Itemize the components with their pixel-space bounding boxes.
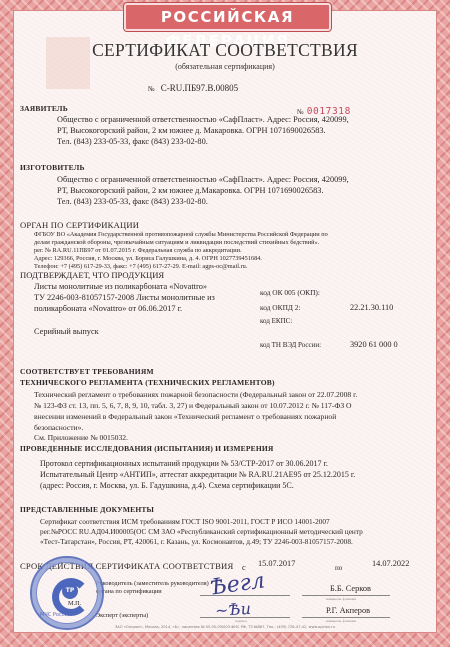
validity-to-label: по [335,563,342,574]
product-line: поликарбоната «Novattro» от 06.06.2017 г… [34,303,182,314]
tests-line: Протокол сертификационных испытаний прод… [40,458,328,469]
product-line: ТУ 2246-003-81057157-2008 Листы монолитн… [34,292,215,303]
head-name: Б.Б. Серков [330,583,371,594]
head-name-line [302,595,390,596]
applicant-line: Общество с ограниченной ответственностью… [57,114,349,125]
compliance-heading: СООТВЕТСТВУЕТ ТРЕБОВАНИЯМ [20,367,154,376]
manufacturer-heading: ИЗГОТОВИТЕЛЬ [20,163,85,172]
official-stamp: ТР МЧС России [30,556,104,630]
stamp-ring-text: МЧС России [40,612,71,618]
certification-body-line: делам гражданской обороны, чрезвычайным … [34,239,319,247]
product-heading: ПОДТВЕРЖДАЕТ, ЧТО ПРОДУКЦИЯ [20,270,164,280]
tests-line: (адрес: Россия, г. Москва, ул. Б. Гадушк… [40,480,294,491]
certificate-number-value: C-RU.ПБ97.В.00805 [161,83,238,93]
compliance-line: № 123-ФЗ ст. 13, пп. 5, 6, 7, 8, 9, 10, … [34,400,352,411]
product-line: Листы монолитные из поликарбоната «Novat… [34,281,207,292]
product-release: Серийный выпуск [34,326,99,337]
compliance-line: Технический регламент о требованиях пожа… [34,389,357,400]
head-signature-label: Руководитель (заместитель руководителя) [96,580,209,588]
manufacturer-line: Тел. (843) 233-05-33, факс (843) 233-02-… [57,196,208,207]
head-signature-label-2: органа по сертификации [96,588,162,596]
country-banner: РОССИЙСКАЯ ФЕДЕРАЦИЯ [124,3,331,31]
name-caption: инициалы, фамилия [326,619,356,623]
tests-heading: ПРОВЕДЕННЫЕ ИССЛЕДОВАНИЯ (ИСПЫТАНИЯ) И И… [20,444,274,453]
certification-body-line: ФГБОУ ВО «Академия Государственной проти… [34,231,328,239]
certificate-number: №C-RU.ПБ97.В.00805 [148,83,238,93]
stamp-center-text: ТР [62,583,78,599]
certification-body-heading: ОРГАН ПО СЕРТИФИКАЦИИ [20,220,139,230]
product-code-label: код ОК 005 (ОКП): [260,287,320,298]
expert-signature: ~Ѣu [214,599,251,620]
certificate-sheet: РОССИЙСКАЯ ФЕДЕРАЦИЯ СЕРТИФИКАТ СООТВЕТС… [0,0,450,647]
validity-from-date: 15.07.2017 [258,558,295,569]
expert-name-line [302,617,390,618]
documents-heading: ПРЕДСТАВЛЕННЫЕ ДОКУМЕНТЫ [20,505,154,514]
applicant-line: Тел. (843) 233-05-33, факс (843) 233-02-… [57,136,208,147]
expert-signature-label: Эксперт (эксперты) [96,612,148,620]
signature-caption: подпись [235,619,247,623]
certificate-title: СЕРТИФИКАТ СООТВЕТСТВИЯ [0,40,450,61]
certification-body-line: Адрес: 129366, Россия, г. Москва, ул. Бо… [34,255,262,263]
certification-body-line: рег. № RA.RU.11ПБ97 от 01.07.2015 г. Фед… [34,247,242,255]
product-code-value: 22.21.30.110 [350,302,393,313]
printer-footer: ЗАО «Опцион», Москва, 2014, «Б», лицензи… [0,625,450,629]
name-caption: инициалы, фамилия [326,597,356,601]
compliance-line: См. Приложение № 0015032. [34,432,128,443]
compliance-line: внесении изменений в Федеральный закон «… [34,411,336,422]
manufacturer-line: Общество с ограниченной ответственностью… [57,174,349,185]
certificate-subtitle: (обязательная сертификация) [0,62,450,71]
compliance-subheading: ТЕХНИЧЕСКОГО РЕГЛАМЕНТА (ТЕХНИЧЕСКИХ РЕГ… [20,378,275,387]
product-code-label: код ЕКПС: [260,316,292,327]
manufacturer-line: РТ, Высокогорский район, 2 км южнее д.Ма… [57,185,324,196]
product-code-value: 3920 61 000 0 [350,339,398,350]
product-code-label: код ТН ВЭД России: [260,340,321,351]
validity-to-date: 14.07.2022 [372,558,409,569]
applicant-line: РТ, Высокогорский район, 2 км южнее д. М… [57,125,326,136]
tests-line: Испытательный Центр «АНТИП», аттестат ак… [40,469,355,480]
number-sign: № [148,85,155,93]
documents-line: «Тест-Татарстан», Россия, РТ, 420061, г.… [40,536,353,547]
expert-name: Р.Г. Акперов [326,605,370,616]
applicant-heading: ЗАЯВИТЕЛЬ [20,104,68,113]
product-code-label: код ОКПД 2: [260,302,301,313]
